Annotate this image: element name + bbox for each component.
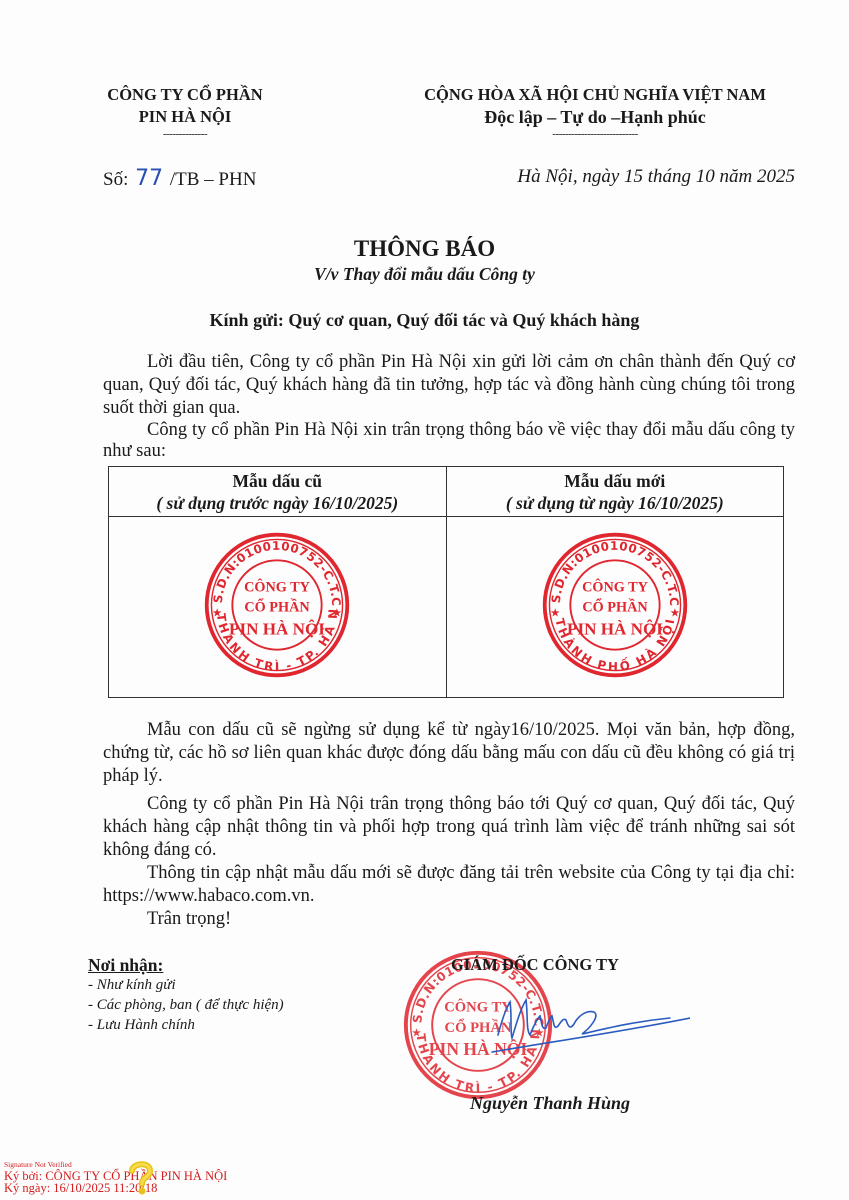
new-stamp-header: Mẫu dấu mới ( sử dụng từ ngày 16/10/2025…	[446, 467, 784, 517]
paragraph-2: Công ty cổ phần Pin Hà Nội xin trân trọn…	[103, 420, 795, 462]
recipient-item: - Như kính gửi	[88, 975, 284, 995]
nation-title: CỘNG HÒA XÃ HỘI CHỦ NGHĨA VIỆT NAM	[380, 84, 810, 106]
new-stamp-note: ( sử dụng từ ngày 16/10/2025)	[447, 492, 784, 514]
nation-rule: ---------------------------	[380, 128, 810, 140]
stamp-comparison-table: Mẫu dấu cũ ( sử dụng trước ngày 16/10/20…	[108, 466, 784, 698]
signer-title: GIÁM ĐỐC CÔNG TY	[410, 955, 660, 975]
signer-name: Nguyễn Thanh Hùng	[430, 1093, 670, 1114]
signed-date: Ký ngày: 16/10/2025 11:20:18	[4, 1182, 227, 1194]
recipients-block: Nơi nhận: - Như kính gửi - Các phòng, ba…	[88, 955, 284, 1035]
old-stamp-header: Mẫu dấu cũ ( sử dụng trước ngày 16/10/20…	[109, 467, 447, 517]
svg-text:CỔ PHẦN: CỔ PHẦN	[245, 597, 311, 615]
recipient-item: - Các phòng, ban ( để thực hiện)	[88, 995, 284, 1015]
old-stamp-heading: Mẫu dấu cũ	[109, 470, 446, 492]
recipient-item: - Lưu Hành chính	[88, 1015, 284, 1035]
company-header: CÔNG TY CỔ PHẦN PIN HÀ NỘI -------------…	[60, 84, 310, 140]
national-header: CỘNG HÒA XÃ HỘI CHỦ NGHĨA VIỆT NAM Độc l…	[380, 84, 810, 140]
svg-text:★: ★	[212, 607, 222, 619]
addressee: Kính gửi: Quý cơ quan, Quý đối tác và Qu…	[0, 310, 849, 331]
nation-motto: Độc lập – Tự do –Hạnh phúc	[380, 106, 810, 128]
svg-text:PIN HÀ NỘI: PIN HÀ NỘI	[229, 619, 325, 638]
svg-text:CÔNG TY: CÔNG TY	[582, 578, 649, 595]
document-number: Số: 77 /TB – PHN	[103, 166, 256, 191]
paragraph-4: Công ty cổ phần Pin Hà Nội trân trọng th…	[103, 793, 795, 862]
digital-signature-block: Signature Not Verified Ký bởi: CÔNG TY C…	[4, 1160, 227, 1194]
svg-text:★: ★	[669, 607, 679, 619]
paragraph-3: Mẫu con dấu cũ sẽ ngừng sử dụng kể từ ng…	[103, 719, 795, 788]
svg-text:★: ★	[550, 607, 560, 619]
svg-text:CÔNG TY: CÔNG TY	[244, 578, 311, 595]
svg-text:CỔ PHẦN: CỔ PHẦN	[582, 597, 648, 615]
old-stamp-cell: M.S.D.N:0100100752-C.T.C.PH. THANH TRÌ -…	[109, 517, 447, 698]
svg-text:PIN HÀ NỘI: PIN HÀ NỘI	[567, 619, 663, 638]
company-name-line1: CÔNG TY CỔ PHẦN	[60, 84, 310, 106]
svg-text:★: ★	[411, 1027, 421, 1040]
paragraph-5: Thông tin cập nhật mẫu dấu mới sẽ được đ…	[103, 862, 795, 908]
closing: Trân trọng!	[103, 908, 795, 931]
new-company-seal-icon: M.S.D.N:0100100752-C.T.C.PTHÀNH PHỐ HÀ N…	[539, 529, 691, 686]
svg-text:★: ★	[332, 607, 342, 619]
new-stamp-cell: M.S.D.N:0100100752-C.T.C.PTHÀNH PHỐ HÀ N…	[446, 517, 784, 698]
document-title: THÔNG BÁO	[0, 236, 849, 262]
question-mark-icon[interactable]	[128, 1160, 154, 1196]
company-rule: --------------	[60, 128, 310, 140]
handwritten-number: 77	[135, 166, 163, 191]
old-company-seal-icon: M.S.D.N:0100100752-C.T.C.PH. THANH TRÌ -…	[201, 529, 353, 686]
company-name-line2: PIN HÀ NỘI	[60, 106, 310, 128]
old-stamp-note: ( sử dụng trước ngày 16/10/2025)	[109, 492, 446, 514]
new-stamp-heading: Mẫu dấu mới	[447, 470, 784, 492]
paragraph-1: Lời đầu tiên, Công ty cổ phần Pin Hà Nội…	[103, 351, 795, 420]
recipients-heading: Nơi nhận:	[88, 955, 284, 975]
handwritten-signature-icon	[490, 990, 690, 1060]
place-date: Hà Nội, ngày 15 tháng 10 năm 2025	[450, 166, 795, 188]
document-subject: V/v Thay đổi mẫu dấu Công ty	[0, 264, 849, 285]
